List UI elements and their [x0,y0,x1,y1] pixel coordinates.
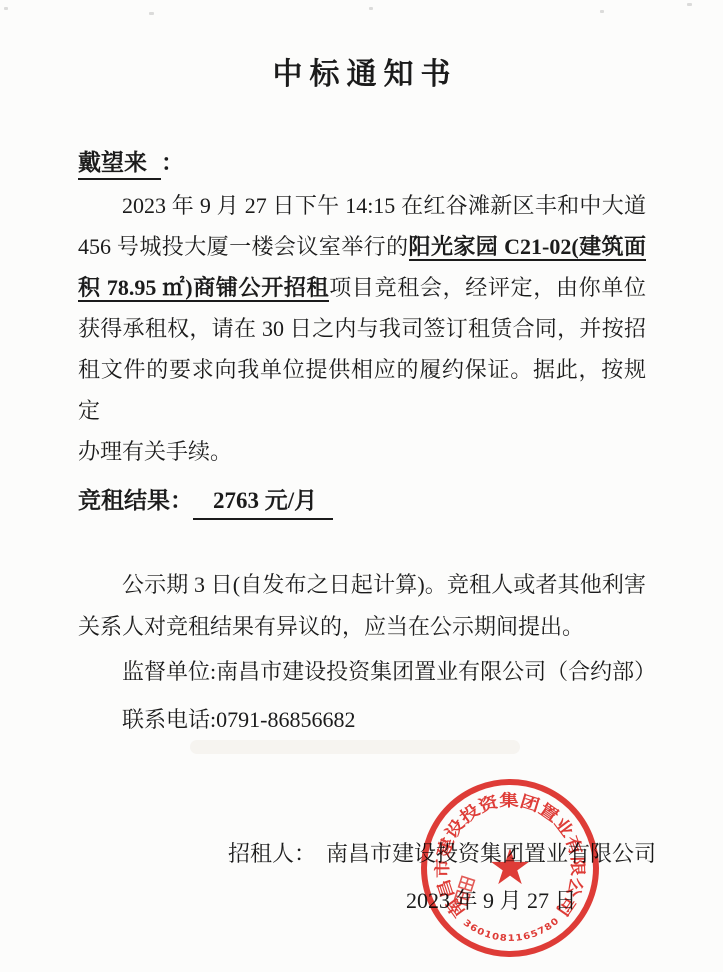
scan-smudge [190,740,520,754]
para2-line-1: 公示期 3 日(自发布之日起计算)。竞租人或者其他利害 [78,564,646,606]
bid-result-line: 竞租结果：2763 元/月 [78,485,333,520]
bid-result-label: 竞租结果： [78,488,193,513]
document-title: 中标通知书 [0,49,723,93]
lessor-label: 招租人： [228,841,316,866]
para1-line-6: 办理有关手续。 [78,431,646,472]
para1-line-2: 456 号城投大厦一楼会议室举行的阳光家园 C21-02(建筑面 [78,226,646,267]
project-name-emphasis: 阳光家园 C21-02(建筑面 [409,234,646,261]
project-name-emphasis: 积 78.95 ㎡)商铺公开招租 [78,275,329,302]
bid-result-value: 2763 元/月 [193,485,333,520]
main-paragraph: 2023 年 9 月 27 日下午 14:15 在红谷滩新区丰和中大道 456 … [78,185,646,472]
salutation-colon: ： [161,150,184,175]
scan-speck [369,7,373,10]
recipient-name: 戴望来 [78,148,161,180]
para1-line-4: 获得承租权，请在 30 日之内与我司签订租赁合同，并按招 [78,308,646,349]
para1-line-3: 积 78.95 ㎡)商铺公开招租项目竞租会，经评定，由你单位 [78,267,646,308]
company-seal-stamp: 南昌市建设投资集团置业有限公司 3601081165780 [410,768,610,968]
document-page: 中标通知书 戴望来： 2023 年 9 月 27 日下午 14:15 在红谷滩新… [0,0,723,972]
para1-line-5: 租文件的要求向我单位提供相应的履约保证。据此，按规定 [78,349,646,431]
scan-speck [600,10,604,13]
scan-speck [687,3,692,6]
para1-line-1: 2023 年 9 月 27 日下午 14:15 在红谷滩新区丰和中大道 [78,185,646,226]
contact-phone: 联系电话:0791-86856682 [78,704,678,736]
supervisor-unit: 监督单位:南昌市建设投资集团置业有限公司（合约部） [78,656,678,688]
salutation: 戴望来： [78,148,184,180]
scan-speck [149,12,154,15]
seal-star-icon [491,848,529,884]
seal-code-text: 3601081165780 [461,916,562,944]
para2-line-2: 关系人对竞租结果有异议的，应当在公示期间提出。 [78,606,646,648]
publicity-paragraph: 公示期 3 日(自发布之日起计算)。竞租人或者其他利害 关系人对竞租结果有异议的… [78,564,646,648]
scan-speck [4,7,8,10]
